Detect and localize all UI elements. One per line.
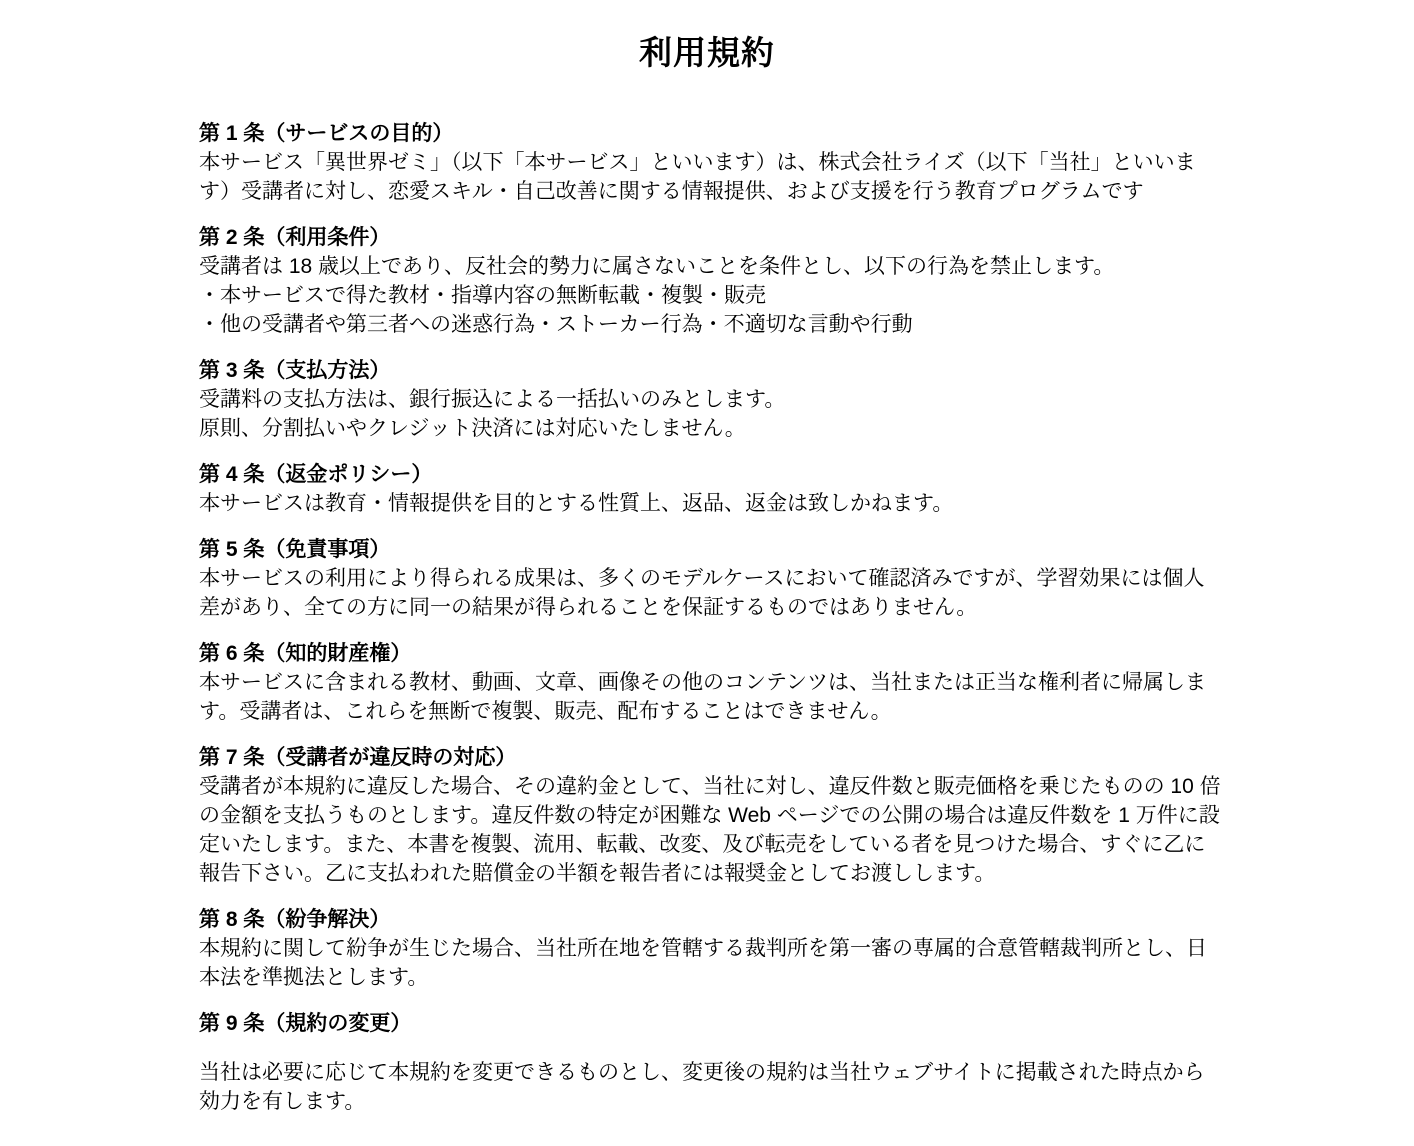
article-7: 第 7 条（受講者が違反時の対応）受講者が本規約に違反した場合、その違約金として…	[199, 743, 1221, 888]
article-paragraph: 本サービスは教育・情報提供を目的とする性質上、返品、返金は致しかねます。	[199, 489, 1221, 518]
article-heading: 第 9 条（規約の変更）	[199, 1009, 1221, 1038]
article-paragraph: ・他の受講者や第三者への迷惑行為・ストーカー行為・不適切な言動や行動	[199, 310, 1221, 339]
article-9: 第 9 条（規約の変更）当社は必要に応じて本規約を変更できるものとし、変更後の規…	[199, 1009, 1221, 1116]
article-heading: 第 4 条（返金ポリシー）	[199, 460, 1221, 489]
article-paragraph: 原則、分割払いやクレジット決済には対応いたしません。	[199, 414, 1221, 443]
article-paragraph: 受講者は 18 歳以上であり、反社会的勢力に属さないことを条件とし、以下の行為を…	[199, 252, 1221, 281]
article-5: 第 5 条（免責事項）本サービスの利用により得られる成果は、多くのモデルケースに…	[199, 535, 1221, 622]
article-paragraph: 受講者が本規約に違反した場合、その違約金として、当社に対し、違反件数と販売価格を…	[199, 772, 1221, 888]
article-4: 第 4 条（返金ポリシー）本サービスは教育・情報提供を目的とする性質上、返品、返…	[199, 460, 1221, 518]
article-heading: 第 6 条（知的財産権）	[199, 639, 1221, 668]
article-heading: 第 8 条（紛争解決）	[199, 905, 1221, 934]
article-paragraph: 当社は必要に応じて本規約を変更できるものとし、変更後の規約は当社ウェブサイトに掲…	[199, 1058, 1221, 1116]
article-paragraph: 本サービス「異世界ゼミ」（以下「本サービス」といいます）は、株式会社ライズ（以下…	[199, 148, 1221, 206]
article-6: 第 6 条（知的財産権）本サービスに含まれる教材、動画、文章、画像その他のコンテ…	[199, 639, 1221, 726]
article-heading: 第 7 条（受講者が違反時の対応）	[199, 743, 1221, 772]
article-heading: 第 3 条（支払方法）	[199, 356, 1221, 385]
article-1: 第 1 条（サービスの目的）本サービス「異世界ゼミ」（以下「本サービス」といいま…	[199, 119, 1221, 206]
article-paragraph: 本サービスに含まれる教材、動画、文章、画像その他のコンテンツは、当社または正当な…	[199, 668, 1221, 726]
article-2: 第 2 条（利用条件）受講者は 18 歳以上であり、反社会的勢力に属さないことを…	[199, 223, 1221, 339]
article-heading: 第 1 条（サービスの目的）	[199, 119, 1221, 148]
page-title: 利用規約	[0, 0, 1414, 73]
article-8: 第 8 条（紛争解決）本規約に関して紛争が生じた場合、当社所在地を管轄する裁判所…	[199, 905, 1221, 992]
article-3: 第 3 条（支払方法）受講料の支払方法は、銀行振込による一括払いのみとします。原…	[199, 356, 1221, 443]
terms-content: 第 1 条（サービスの目的）本サービス「異世界ゼミ」（以下「本サービス」といいま…	[199, 119, 1221, 1116]
article-paragraph: ・本サービスで得た教材・指導内容の無断転載・複製・販売	[199, 281, 1221, 310]
document-page: 利用規約 第 1 条（サービスの目的）本サービス「異世界ゼミ」（以下「本サービス…	[0, 0, 1414, 1146]
article-paragraph: 受講料の支払方法は、銀行振込による一括払いのみとします。	[199, 385, 1221, 414]
article-paragraph: 本サービスの利用により得られる成果は、多くのモデルケースにおいて確認済みですが、…	[199, 564, 1221, 622]
article-heading: 第 2 条（利用条件）	[199, 223, 1221, 252]
article-paragraph: 本規約に関して紛争が生じた場合、当社所在地を管轄する裁判所を第一審の専属的合意管…	[199, 934, 1221, 992]
article-heading: 第 5 条（免責事項）	[199, 535, 1221, 564]
